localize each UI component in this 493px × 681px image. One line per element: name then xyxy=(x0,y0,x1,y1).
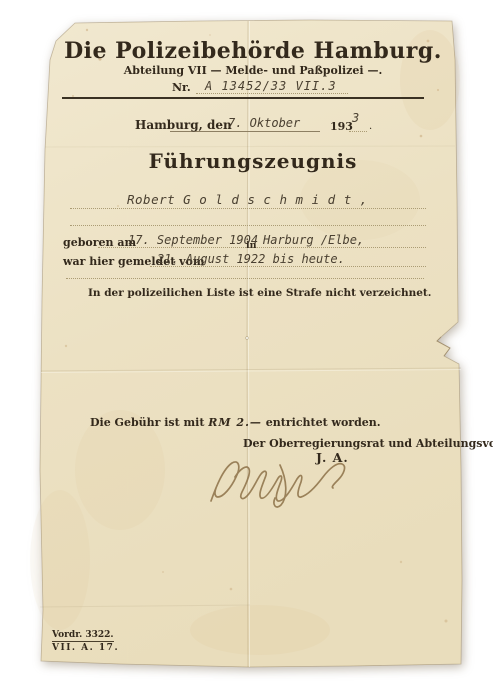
birth-date: 17. September 1904 xyxy=(128,233,258,247)
form-imprint: Vordr. 3322. VII. A. 17. xyxy=(52,622,119,653)
extra-rule xyxy=(66,278,424,279)
file-number-value: A 13452/33 VII.3 xyxy=(205,79,337,93)
name-rule xyxy=(70,208,426,209)
department-subtitle: Abteilung VII — Melde- und Paßpolizei —. xyxy=(53,64,453,77)
by-order-abbrev: J. A. xyxy=(316,450,349,465)
fee-statement: Die Gebühr ist mit RM 2.— entrichtet wor… xyxy=(90,416,381,429)
pinhole xyxy=(246,337,249,340)
header-rule xyxy=(62,97,424,99)
form-reference: VII. A. 17. xyxy=(52,643,119,653)
in-label: in xyxy=(246,240,257,251)
fee-amount: RM 2.— xyxy=(208,416,262,429)
signer-title: Der Oberregierungsrat und Abteilungsvors… xyxy=(243,437,493,450)
birth-rule xyxy=(98,247,426,248)
year-typed: 3 xyxy=(352,111,359,125)
photo-of-document: Die Polizeibehörde Hamburg. Abteilung VI… xyxy=(0,0,493,681)
file-number-label: Nr. xyxy=(172,81,191,94)
place-date-label: Hamburg, den xyxy=(135,118,232,132)
record-statement: In der polizeilichen Liste ist eine Stra… xyxy=(88,287,431,299)
year-period: . xyxy=(369,121,372,132)
date-typed: 7. Oktober xyxy=(228,116,300,130)
subject-name: Robert G o l d s c h m i d t , xyxy=(127,192,368,207)
birth-place: Harburg /Elbe, xyxy=(263,233,364,247)
born-label: geboren am xyxy=(63,236,136,249)
document-heading: Führungszeugnis xyxy=(53,149,453,173)
file-number-rule xyxy=(196,93,348,94)
registered-value: 21. August 1922 bis heute. xyxy=(157,252,345,266)
form-number: Vordr. 3322. xyxy=(52,630,114,642)
paper-sheet xyxy=(0,0,493,681)
agency-title: Die Polizeibehörde Hamburg. xyxy=(53,38,453,64)
blank-rule xyxy=(70,225,426,226)
fee-suffix: entrichtet worden. xyxy=(266,416,381,429)
year-printed: 193 xyxy=(330,120,353,133)
fee-prefix: Die Gebühr ist mit xyxy=(90,416,204,429)
